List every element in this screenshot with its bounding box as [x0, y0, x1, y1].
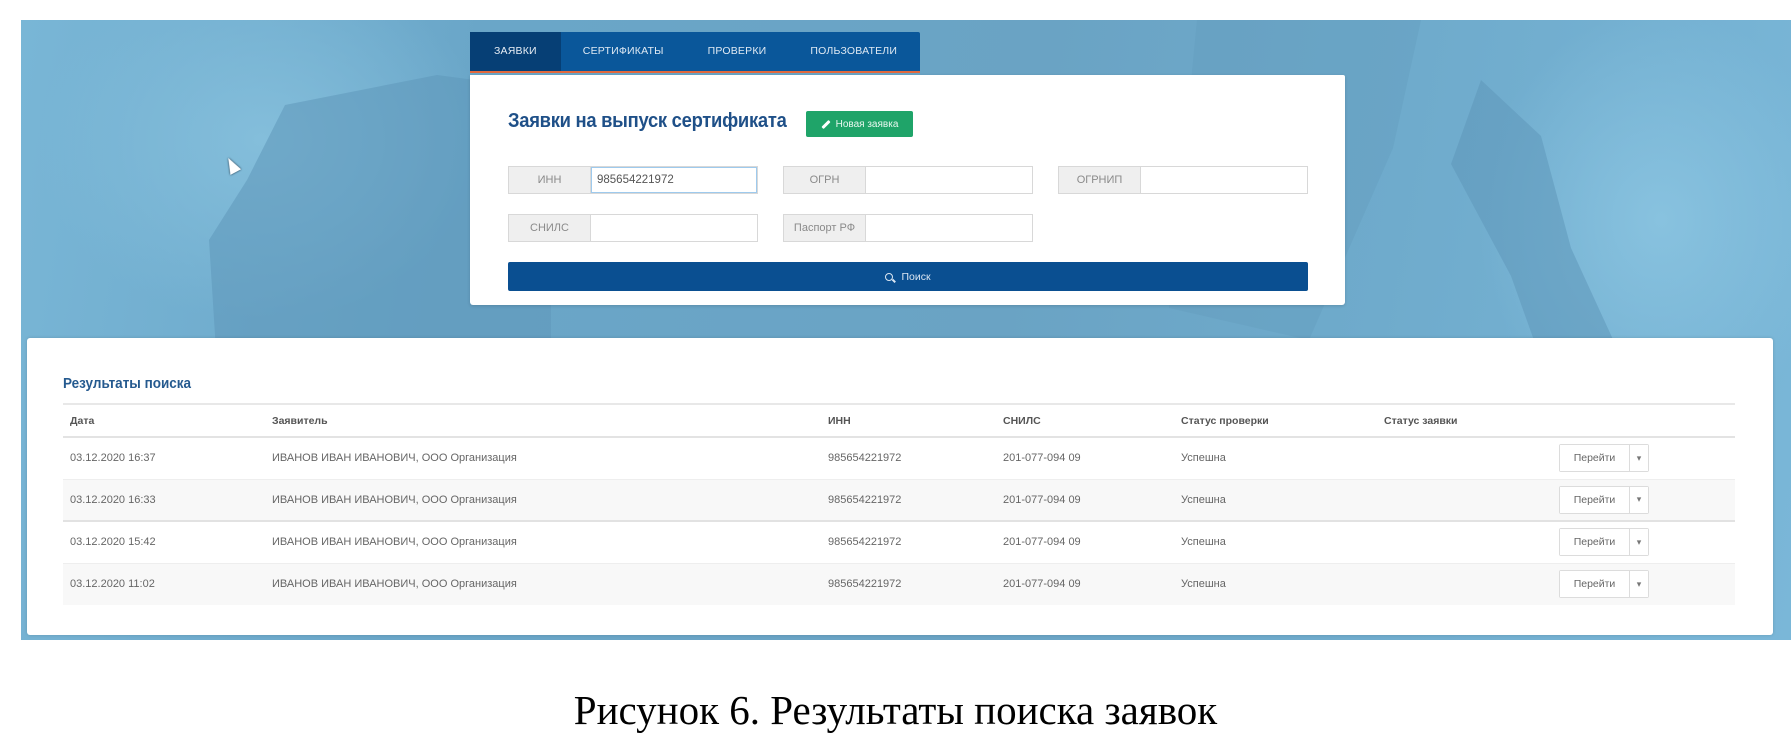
new-request-label: Новая заявка: [836, 119, 899, 130]
cell-snils: 201-077-094 09: [996, 479, 1174, 521]
cell-request-status: [1377, 563, 1552, 605]
caret-down-icon[interactable]: ▾: [1630, 529, 1648, 555]
cell-date: 03.12.2020 16:37: [63, 437, 265, 479]
cell-snils: 201-077-094 09: [996, 521, 1174, 563]
cell-request-status: [1377, 521, 1552, 563]
figure-caption: Рисунок 6. Результаты поиска заявок: [0, 686, 1791, 734]
caret-down-icon[interactable]: ▾: [1630, 571, 1648, 597]
main-nav-tabs: ЗАЯВКИ СЕРТИФИКАТЫ ПРОВЕРКИ ПОЛЬЗОВАТЕЛИ: [470, 32, 920, 73]
passport-label: Паспорт РФ: [784, 215, 866, 241]
cell-inn: 985654221972: [821, 437, 996, 479]
ogrnip-input[interactable]: [1141, 167, 1307, 193]
column-header-date: Дата: [63, 404, 265, 437]
tab-certificates[interactable]: СЕРТИФИКАТЫ: [561, 32, 686, 71]
cell-request-status: [1377, 479, 1552, 521]
cell-snils: 201-077-094 09: [996, 563, 1174, 605]
go-button[interactable]: Перейти: [1560, 529, 1630, 555]
inn-label: ИНН: [509, 167, 591, 193]
row-action-group: Перейти ▾: [1559, 486, 1649, 514]
mouse-cursor-icon: [223, 155, 241, 175]
ogrn-label: ОГРН: [784, 167, 866, 193]
cell-check-status: Успешна: [1174, 563, 1377, 605]
results-title: Результаты поиска: [63, 375, 191, 392]
snils-label: СНИЛС: [509, 215, 591, 241]
go-button[interactable]: Перейти: [1560, 487, 1630, 513]
cell-applicant: ИВАНОВ ИВАН ИВАНОВИЧ, ООО Организация: [265, 437, 821, 479]
new-request-button[interactable]: Новая заявка: [806, 111, 913, 137]
cell-snils: 201-077-094 09: [996, 437, 1174, 479]
search-icon: [885, 273, 893, 281]
map-background-landmass: [1361, 80, 1661, 360]
cell-actions: Перейти ▾: [1552, 563, 1735, 605]
snils-input[interactable]: [591, 215, 757, 241]
column-header-applicant: Заявитель: [265, 404, 821, 437]
cell-applicant: ИВАНОВ ИВАН ИВАНОВИЧ, ООО Организация: [265, 479, 821, 521]
pencil-icon: [821, 119, 830, 128]
table-row: 03.12.2020 15:42 ИВАНОВ ИВАН ИВАНОВИЧ, О…: [63, 521, 1735, 563]
caret-down-icon[interactable]: ▾: [1630, 445, 1648, 471]
column-header-inn: ИНН: [821, 404, 996, 437]
cell-date: 03.12.2020 16:33: [63, 479, 265, 521]
ogrnip-field-group: ОГРНИП: [1058, 166, 1308, 194]
tab-users[interactable]: ПОЛЬЗОВАТЕЛИ: [788, 32, 919, 71]
cell-check-status: Успешна: [1174, 479, 1377, 521]
caret-down-icon[interactable]: ▾: [1630, 487, 1648, 513]
inn-field-group: ИНН: [508, 166, 758, 194]
cell-actions: Перейти ▾: [1552, 437, 1735, 479]
cell-applicant: ИВАНОВ ИВАН ИВАНОВИЧ, ООО Организация: [265, 521, 821, 563]
table-row: 03.12.2020 16:37 ИВАНОВ ИВАН ИВАНОВИЧ, О…: [63, 437, 1735, 479]
tab-requests[interactable]: ЗАЯВКИ: [470, 32, 561, 71]
cell-actions: Перейти ▾: [1552, 521, 1735, 563]
column-header-check-status: Статус проверки: [1174, 404, 1377, 437]
cell-inn: 985654221972: [821, 521, 996, 563]
cell-actions: Перейти ▾: [1552, 479, 1735, 521]
row-action-group: Перейти ▾: [1559, 528, 1649, 556]
results-panel: Результаты поиска Дата Заявитель ИНН СНИ…: [27, 338, 1773, 635]
cell-date: 03.12.2020 15:42: [63, 521, 265, 563]
table-row: 03.12.2020 11:02 ИВАНОВ ИВАН ИВАНОВИЧ, О…: [63, 563, 1735, 605]
table-header-row: Дата Заявитель ИНН СНИЛС Статус проверки…: [63, 404, 1735, 437]
cell-inn: 985654221972: [821, 563, 996, 605]
row-action-group: Перейти ▾: [1559, 570, 1649, 598]
passport-input[interactable]: [866, 215, 1032, 241]
search-button-label: Поиск: [901, 271, 930, 283]
column-header-request-status: Статус заявки: [1377, 404, 1552, 437]
page-title: Заявки на выпуск сертификата: [508, 110, 787, 133]
search-panel: Заявки на выпуск сертификата Новая заявк…: [470, 75, 1345, 305]
ogrn-input[interactable]: [866, 167, 1032, 193]
cell-request-status: [1377, 437, 1552, 479]
inn-input[interactable]: [591, 167, 757, 193]
cell-inn: 985654221972: [821, 479, 996, 521]
passport-field-group: Паспорт РФ: [783, 214, 1033, 242]
table-row: 03.12.2020 16:33 ИВАНОВ ИВАН ИВАНОВИЧ, О…: [63, 479, 1735, 521]
column-header-actions: [1552, 404, 1735, 437]
results-table: Дата Заявитель ИНН СНИЛС Статус проверки…: [63, 403, 1735, 605]
ogrnip-label: ОГРНИП: [1059, 167, 1141, 193]
ogrn-field-group: ОГРН: [783, 166, 1033, 194]
column-header-snils: СНИЛС: [996, 404, 1174, 437]
go-button[interactable]: Перейти: [1560, 445, 1630, 471]
search-button[interactable]: Поиск: [508, 262, 1308, 291]
cell-date: 03.12.2020 11:02: [63, 563, 265, 605]
tab-checks[interactable]: ПРОВЕРКИ: [686, 32, 789, 71]
row-action-group: Перейти ▾: [1559, 444, 1649, 472]
cell-applicant: ИВАНОВ ИВАН ИВАНОВИЧ, ООО Организация: [265, 563, 821, 605]
snils-field-group: СНИЛС: [508, 214, 758, 242]
cell-check-status: Успешна: [1174, 521, 1377, 563]
go-button[interactable]: Перейти: [1560, 571, 1630, 597]
cell-check-status: Успешна: [1174, 437, 1377, 479]
